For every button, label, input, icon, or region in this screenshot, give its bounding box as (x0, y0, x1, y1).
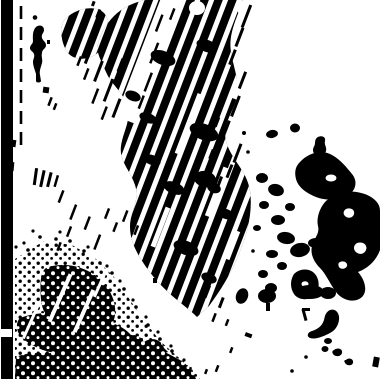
engraving-page (0, 0, 380, 379)
engraving-figure (0, 0, 380, 379)
frame-rule (1, 0, 13, 379)
frame-rule-notch (1, 329, 12, 337)
rule-speck (9, 162, 15, 171)
